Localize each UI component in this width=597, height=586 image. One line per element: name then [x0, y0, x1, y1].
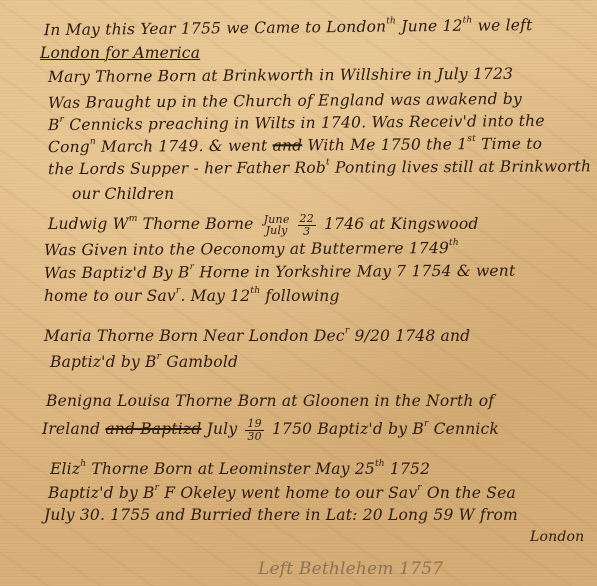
text: home to our Sav — [44, 287, 176, 305]
manuscript-line-17: Elizh Thorne Born at Leominster May 25th… — [50, 462, 430, 478]
month-bottom: July — [262, 225, 292, 237]
manuscript-line-10: Was Given into the Oeconomy at Buttermer… — [44, 241, 459, 259]
superscript: th — [375, 459, 385, 469]
text: Was Given into the Oeconomy at Buttermer… — [44, 239, 449, 259]
text: July 30. 1755 and Burried there in Lat: … — [44, 506, 518, 524]
date-fraction: 1930 — [245, 418, 263, 442]
pencil-annotation: Left Bethlehem 1757 — [258, 561, 443, 578]
manuscript-line-2: London for America — [40, 46, 200, 62]
date-top: 19 — [245, 418, 263, 431]
manuscript-page: In May this Year 1755 we Came to Londont… — [0, 0, 597, 586]
text: th — [48, 160, 65, 178]
manuscript-line-16: Ireland and Baptizd July 1930 1750 Bapti… — [42, 418, 499, 442]
month-fraction: JuneJuly — [262, 214, 292, 237]
manuscript-line-11: Was Baptiz'd By Br Horne in Yorkshire Ma… — [44, 264, 515, 282]
manuscript-line-9: Ludwig Wm Thorne Borne JuneJuly223 1746 … — [48, 213, 478, 237]
text: following — [260, 287, 339, 305]
text: London — [530, 529, 584, 545]
text: In May this Year 1755 we Came to London — [44, 18, 386, 40]
superscript: r — [424, 419, 429, 429]
manuscript-line-7: the Lords Supper - her Father Robt Ponti… — [48, 159, 591, 177]
manuscript-line-3: Mary Thorne Born at Brinkworth in Willsh… — [48, 67, 513, 86]
text: Ponting lives still at Brinkworth — [330, 157, 591, 176]
struck-text: and — [272, 136, 302, 154]
section-heading: our Children — [72, 185, 174, 203]
superscript: r — [190, 262, 195, 272]
text: B — [48, 116, 60, 134]
manuscript-line-5: Br Cennicks preaching in Wilts in 1740. … — [48, 114, 545, 134]
text: Time to — [476, 135, 542, 153]
text: London for America — [40, 44, 200, 62]
text: Gambold — [161, 353, 238, 371]
text: Was Baptiz'd By B — [44, 263, 190, 282]
superscript: r — [176, 286, 181, 296]
superscript: th — [250, 286, 260, 296]
superscript: r — [345, 326, 350, 336]
text: Thorne Borne — [138, 215, 259, 233]
manuscript-line-12: home to our Savr. May 12th following — [44, 289, 340, 305]
manuscript-line-4: Was Braught up in the Church of England … — [48, 92, 522, 112]
manuscript-line-18: Baptiz'd by Br F Okeley went home to our… — [48, 486, 516, 502]
text: 1746 at Kingswood — [319, 215, 479, 233]
superscript: th — [449, 238, 459, 248]
text: Benigna Louisa Thorne Born at Gloonen in… — [46, 392, 494, 410]
superscript: m — [129, 214, 138, 224]
text: 9/20 1748 and — [349, 327, 470, 345]
struck-text: and Baptizd — [105, 420, 201, 438]
text: Was Braught up in the Church of England … — [48, 90, 522, 112]
text: Cong — [48, 138, 90, 156]
manuscript-line-8: our Children — [72, 187, 174, 203]
text: Maria Thorne Born Near London Dec — [44, 327, 345, 345]
superscript: n — [90, 137, 96, 147]
text: March 1749. & went — [96, 137, 273, 156]
text: July — [201, 420, 242, 438]
manuscript-line-20: London — [530, 530, 584, 544]
text: Ireland — [42, 420, 105, 438]
text: . May 12 — [180, 287, 250, 305]
superscript: r — [417, 483, 422, 493]
manuscript-line-15: Benigna Louisa Thorne Born at Gloonen in… — [46, 394, 494, 410]
superscript: h — [80, 459, 86, 469]
superscript: st — [467, 134, 476, 144]
text: F Okeley went home to our Sav — [159, 484, 417, 502]
text: Thorne Born at Leominster May 25 — [86, 460, 375, 478]
text: With Me 1750 the 1 — [302, 135, 467, 154]
manuscript-line-14: Baptiz'd by Br Gambold — [50, 355, 238, 371]
manuscript-line-1: In May this Year 1755 we Came to Londont… — [44, 18, 533, 39]
text: Cennick — [428, 420, 499, 438]
superscript: r — [157, 352, 162, 362]
text: e Lords Supper - her Father Rob — [65, 159, 326, 178]
superscript: th — [463, 16, 473, 26]
text: Ludwig W — [48, 215, 129, 233]
manuscript-line-13: Maria Thorne Born Near London Decr 9/20 … — [44, 329, 470, 345]
text: 1752 — [385, 460, 430, 478]
manuscript-line-6: Congn March 1749. & went and With Me 175… — [48, 137, 542, 156]
text: Left Bethlehem 1757 — [258, 559, 443, 579]
day-fraction: 223 — [298, 213, 316, 237]
text: Baptiz'd by B — [48, 484, 155, 502]
date-bottom: 30 — [245, 431, 263, 443]
manuscript-line-19: July 30. 1755 and Burried there in Lat: … — [44, 508, 518, 524]
text: 1750 Baptiz'd by B — [267, 420, 424, 438]
text: Cennicks preaching in Wilts in 1740. Was… — [64, 112, 545, 134]
superscript: r — [155, 483, 160, 493]
text: Horne in Yorkshire May 7 1754 & went — [194, 262, 515, 282]
text: we left — [472, 16, 532, 35]
day-bottom: 3 — [298, 226, 316, 238]
text: Baptiz'd by B — [50, 353, 157, 371]
superscript: r — [59, 115, 64, 125]
text: Eliz — [50, 460, 80, 478]
superscript: th — [386, 16, 396, 26]
superscript: t — [326, 158, 330, 168]
text: On the Sea — [422, 484, 516, 502]
text: June 12 — [396, 17, 463, 36]
day-top: 22 — [298, 213, 316, 226]
text: Mary Thorne Born at Brinkworth in Willsh… — [48, 65, 513, 86]
